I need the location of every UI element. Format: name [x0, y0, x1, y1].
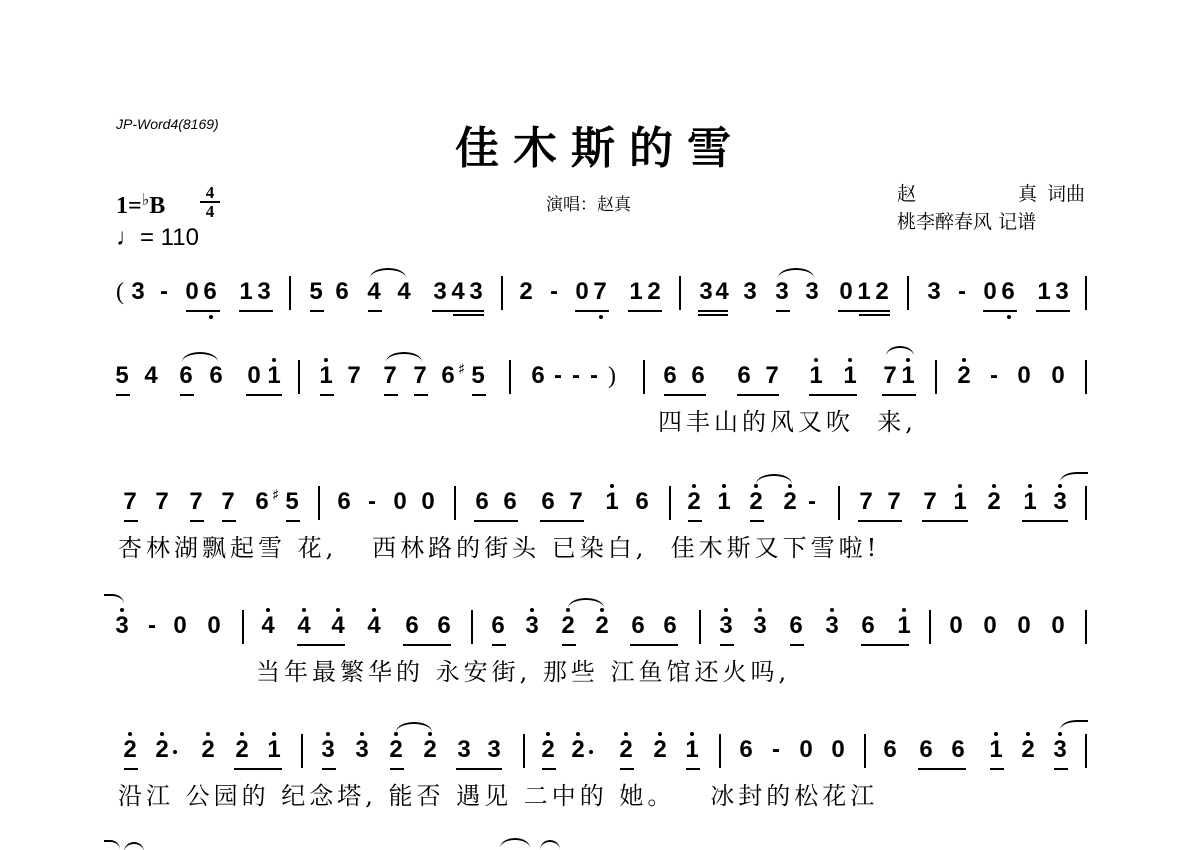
note: 7 [568, 486, 584, 518]
note: 4 [366, 610, 382, 642]
note: - [954, 276, 970, 308]
note: - [550, 360, 566, 392]
note: 6 [690, 360, 706, 392]
note: 3 [1054, 276, 1070, 308]
note: 6 [950, 734, 966, 766]
tie [756, 474, 792, 484]
note: 4 [366, 276, 382, 308]
staff-row-2: 5 4 6 6 0 1 1 7 7 7 6 ♯ 5 6 - - - ) 6 6 … [0, 360, 1200, 400]
note: 7 [886, 486, 902, 518]
note: 1 [808, 360, 824, 392]
tie [1060, 472, 1088, 482]
note: - [568, 360, 584, 392]
note: 2 [594, 610, 610, 642]
note: 2 [570, 734, 586, 766]
barline [509, 360, 511, 394]
note: 2 [122, 734, 138, 766]
note: 6 [1000, 276, 1016, 308]
note: 6 [738, 734, 754, 766]
note: 7 [382, 360, 398, 392]
note: 0 [206, 610, 222, 642]
sharp-icon: ♯ [272, 486, 279, 504]
note: 1 [952, 486, 968, 518]
barline [501, 276, 503, 310]
note: 3 [1052, 734, 1068, 766]
tie [124, 842, 144, 850]
note: - [804, 486, 820, 518]
note: 6 [254, 486, 270, 518]
barline [471, 610, 473, 644]
barline [719, 734, 721, 768]
note: 3 [718, 610, 734, 642]
barline [1085, 610, 1087, 644]
note: 6 [334, 276, 350, 308]
note: 7 [922, 486, 938, 518]
note: 7 [858, 486, 874, 518]
note: 3 [804, 276, 820, 308]
note: 2 [874, 276, 890, 308]
note: 6 [502, 486, 518, 518]
note: 2 [686, 486, 702, 518]
note: 2 [518, 276, 534, 308]
barline [1085, 360, 1087, 394]
note: 0 [392, 486, 408, 518]
time-sig-top: 4 [200, 184, 220, 203]
note: 1 [238, 276, 254, 308]
note: 0 [830, 734, 846, 766]
note: 7 [882, 360, 898, 392]
time-signature: 4 4 [200, 184, 220, 220]
note: 1 [628, 276, 644, 308]
note: 0 [798, 734, 814, 766]
note: 2 [956, 360, 972, 392]
note: 0 [1016, 360, 1032, 392]
note: 6 [788, 610, 804, 642]
note: 2 [560, 610, 576, 642]
transcriber-role: 记谱 [998, 211, 1036, 233]
note: 1 [604, 486, 620, 518]
barline [1085, 734, 1087, 768]
note: 6 [882, 734, 898, 766]
barline [935, 360, 937, 394]
note: 1 [318, 360, 334, 392]
key-prefix: 1= [116, 193, 142, 219]
note: 0 [574, 276, 590, 308]
barline [864, 734, 866, 768]
quarter-note-icon: ♩ [116, 224, 140, 251]
note: 7 [220, 486, 236, 518]
note: 3 [130, 276, 146, 308]
staff-row-5: 2 2 2 2 1 3 3 2 2 3 3 2 2 2 2 1 6 - 0 0 … [0, 734, 1200, 774]
note: 3 [256, 276, 272, 308]
composer-name-1: 赵 [897, 180, 916, 208]
note: 3 [114, 610, 130, 642]
note: 6 [440, 360, 456, 392]
note: 4 [450, 276, 466, 308]
tie [500, 838, 530, 848]
note: 2 [200, 734, 216, 766]
tie [886, 346, 914, 356]
note: - [144, 610, 160, 642]
note: 5 [114, 360, 130, 392]
note: 4 [714, 276, 730, 308]
key-signature: 1=♭B [116, 190, 165, 220]
note: 6 [662, 360, 678, 392]
tie [1060, 720, 1088, 730]
note: 3 [698, 276, 714, 308]
note: 0 [838, 276, 854, 308]
note: 2 [646, 276, 662, 308]
note: 7 [154, 486, 170, 518]
note: 1 [896, 610, 912, 642]
credits: 赵 真 词曲 桃李醉春风 记谱 [897, 180, 1085, 236]
note: 0 [420, 486, 436, 518]
note: - [586, 360, 602, 392]
note: 3 [524, 610, 540, 642]
note: 2 [782, 486, 798, 518]
barline [523, 734, 525, 768]
note: - [364, 486, 380, 518]
note: 3 [320, 734, 336, 766]
composer-name-2: 真 [1018, 180, 1037, 208]
note: 1 [1022, 486, 1038, 518]
tie [104, 594, 124, 604]
barline [318, 486, 320, 520]
note: 3 [774, 276, 790, 308]
staff-row-1: ( 3 - 0 6 1 3 5 6 4 4 3 4 3 2 - 0 7 1 2 … [0, 276, 1200, 316]
tempo-marking: ♩= 110 [116, 224, 199, 252]
note: 6 [336, 486, 352, 518]
note: - [156, 276, 172, 308]
barline [929, 610, 931, 644]
note: 2 [618, 734, 634, 766]
note: 6 [404, 610, 420, 642]
note: 7 [346, 360, 362, 392]
note: 1 [988, 734, 1004, 766]
note: 6 [208, 360, 224, 392]
note: 6 [662, 610, 678, 642]
note: - [986, 360, 1002, 392]
note: 0 [982, 610, 998, 642]
note: 1 [856, 276, 872, 308]
note: 3 [432, 276, 448, 308]
barline [301, 734, 303, 768]
note: 3 [926, 276, 942, 308]
barline [1085, 486, 1087, 520]
note: 2 [1020, 734, 1036, 766]
note: 2 [388, 734, 404, 766]
note: 2 [422, 734, 438, 766]
note: 0 [1016, 610, 1032, 642]
note: 0 [246, 360, 262, 392]
note: 2 [154, 734, 170, 766]
barline [643, 360, 645, 394]
note: 6 [860, 610, 876, 642]
note: 5 [284, 486, 300, 518]
note: 2 [652, 734, 668, 766]
barline [242, 610, 244, 644]
tie [396, 722, 432, 732]
time-sig-bottom: 4 [206, 202, 215, 221]
note: 3 [486, 734, 502, 766]
note: 1 [716, 486, 732, 518]
note: 3 [354, 734, 370, 766]
tie [540, 840, 560, 850]
note: 0 [1050, 610, 1066, 642]
note: 6 [918, 734, 934, 766]
barline [289, 276, 291, 310]
note: 6 [540, 486, 556, 518]
note: 1 [1036, 276, 1052, 308]
note: 7 [412, 360, 428, 392]
note: ) [604, 360, 620, 392]
lyrics-line: 当年最繁华的 永安街, 那些 江鱼馆还火吗, [256, 652, 790, 687]
note: 3 [742, 276, 758, 308]
note: 0 [982, 276, 998, 308]
note: 6 [202, 276, 218, 308]
note: 7 [764, 360, 780, 392]
note: - [768, 734, 784, 766]
barline [1085, 276, 1087, 310]
lyrics-line: 沿江 公园的 纪念塔, 能否 遇见 二中的 她。 冰封的松花江 [118, 776, 878, 811]
barline [669, 486, 671, 520]
tempo-value: = 110 [140, 224, 199, 251]
song-title: 佳木斯的雪 [0, 112, 1200, 176]
note: 1 [900, 360, 916, 392]
lyrics-line: 四丰山的风又吹 来, [658, 402, 917, 437]
note: 4 [260, 610, 276, 642]
note: ( [112, 276, 128, 308]
note: 6 [630, 610, 646, 642]
note: 6 [178, 360, 194, 392]
note: 1 [684, 734, 700, 766]
note: 1 [842, 360, 858, 392]
note: 3 [468, 276, 484, 308]
note: 0 [172, 610, 188, 642]
barline [679, 276, 681, 310]
note: 5 [308, 276, 324, 308]
barline [838, 486, 840, 520]
composer-role: 词曲 [1047, 180, 1085, 208]
note: 7 [122, 486, 138, 518]
note: 6 [436, 610, 452, 642]
lyrics-line: 杏林湖飘起雪 花, 西林路的街头 已染白, 佳木斯又下雪啦! [118, 528, 880, 563]
note: 5 [470, 360, 486, 392]
note: 7 [592, 276, 608, 308]
note: 6 [474, 486, 490, 518]
sharp-icon: ♯ [458, 360, 465, 378]
note: 1 [266, 734, 282, 766]
barline [454, 486, 456, 520]
barline [298, 360, 300, 394]
note: 3 [456, 734, 472, 766]
singer-credit: 演唱：赵真 [546, 190, 631, 215]
staff-row-3: 7 7 7 7 6 ♯ 5 6 - 0 0 6 6 6 7 1 6 2 1 2 … [0, 486, 1200, 526]
note: 0 [184, 276, 200, 308]
note: 2 [986, 486, 1002, 518]
note: 4 [396, 276, 412, 308]
note: 6 [490, 610, 506, 642]
barline [699, 610, 701, 644]
staff-row-4: 3 - 0 0 4 4 4 4 6 6 6 3 2 2 6 6 3 3 6 3 … [0, 610, 1200, 650]
note: - [546, 276, 562, 308]
note: 4 [296, 610, 312, 642]
note: 2 [748, 486, 764, 518]
note: 4 [330, 610, 346, 642]
barline [907, 276, 909, 310]
note: 3 [1052, 486, 1068, 518]
transcriber-name: 桃李醉春风 [897, 211, 992, 233]
note: 6 [634, 486, 650, 518]
note: 0 [1050, 360, 1066, 392]
key-note: B [149, 193, 165, 219]
note: 2 [540, 734, 556, 766]
tie [568, 598, 604, 608]
note: 3 [752, 610, 768, 642]
note: 2 [234, 734, 250, 766]
tie [104, 840, 120, 850]
note: 4 [143, 360, 159, 392]
note: 7 [188, 486, 204, 518]
note: 1 [266, 360, 282, 392]
note: 6 [736, 360, 752, 392]
note: 3 [824, 610, 840, 642]
note: 6 [530, 360, 546, 392]
note: 0 [948, 610, 964, 642]
